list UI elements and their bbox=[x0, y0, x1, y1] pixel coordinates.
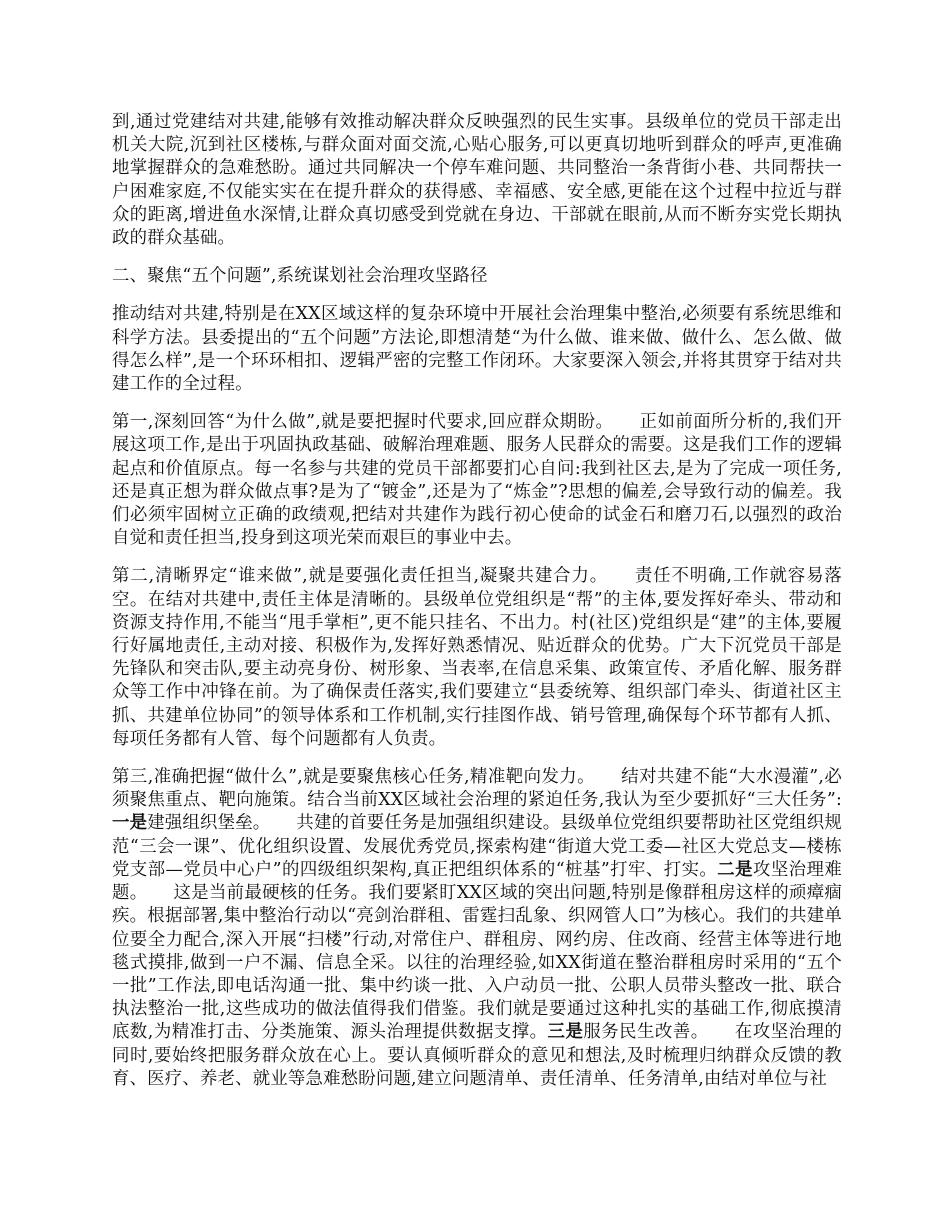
task-two-body: 这是当前最硬核的任务。我们要紧盯XX区域的突出问题,特别是像群租房这样的顽瘴痼疾… bbox=[112, 883, 842, 1042]
paragraph-closing-section-one: 到,通过党建结对共建,能够有效推动解决群众反映强烈的民生实事。县级单位的党员干部… bbox=[112, 111, 842, 250]
section-heading: 二、聚焦“五个问题”,系统谋划社会治理攻坚路径 bbox=[112, 265, 842, 288]
document-page: 到,通过党建结对共建,能够有效推动解决群众反映强烈的民生实事。县级单位的党员干部… bbox=[112, 111, 842, 1106]
task-three-label: 三是 bbox=[548, 1022, 584, 1042]
point-one-body: 正如前面所分析的,我们开展这项工作,是出于巩固执政基础、破解治理难题、服务人民群… bbox=[112, 412, 842, 548]
task-three-title: 服务民生改善。 bbox=[583, 1022, 708, 1042]
point-one-lead: 第一,深刻回答“为什么做”,就是要把握时代要求,回应群众期盼。 bbox=[112, 412, 613, 432]
paragraph-point-one: 第一,深刻回答“为什么做”,就是要把握时代要求,回应群众期盼。正如前面所分析的,… bbox=[112, 411, 842, 550]
task-one-label: 一是 bbox=[112, 813, 147, 833]
point-three-lead: 第三,准确把握“做什么”,就是要聚焦核心任务,精准靶向发力。 bbox=[112, 767, 595, 787]
paragraph-point-two: 第二,清晰界定“谁来做”,就是要强化责任担当,凝聚共建合力。责任不明确,工作就容… bbox=[112, 565, 842, 751]
point-two-body: 责任不明确,工作就容易落空。在结对共建中,责任主体是清晰的。县级单位党组织是“帮… bbox=[112, 566, 842, 748]
paragraph-intro: 推动结对共建,特别是在XX区域这样的复杂环境中开展社会治理集中整治,必须要有系统… bbox=[112, 303, 842, 396]
task-two-label: 二是 bbox=[717, 860, 753, 880]
task-one-title: 建强组织堡垒。 bbox=[147, 813, 270, 833]
paragraph-point-three: 第三,准确把握“做什么”,就是要聚焦核心任务,精准靶向发力。结对共建不能“大水漫… bbox=[112, 766, 842, 1091]
point-two-lead: 第二,清晰界定“谁来做”,就是要强化责任担当,凝聚共建合力。 bbox=[112, 566, 608, 586]
